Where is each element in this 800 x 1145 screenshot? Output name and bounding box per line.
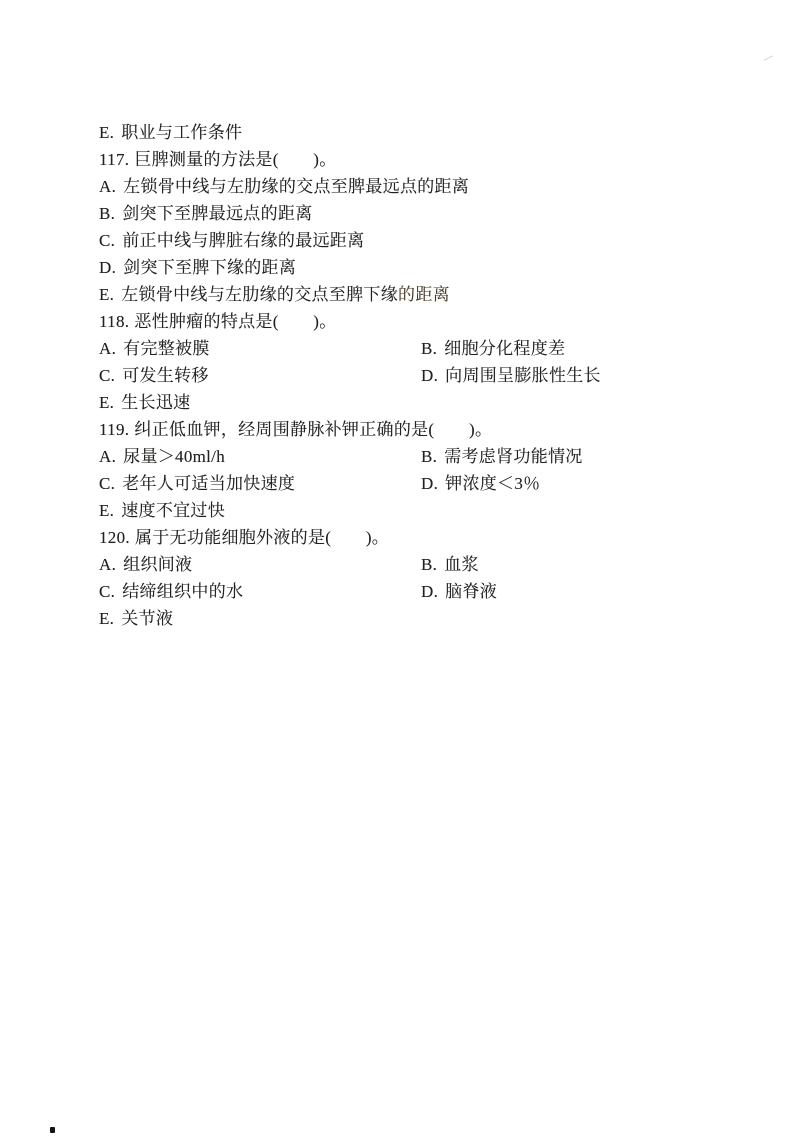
option-text-tail: 的距离: [398, 285, 450, 304]
option-text: 钾浓度＜3％: [445, 474, 540, 493]
option-cell: C.结缔组织中的水: [99, 578, 421, 605]
question-number: 119.: [99, 420, 129, 439]
option-text: 关节液: [121, 609, 173, 628]
option-text: 组织间液: [123, 555, 192, 574]
option-text: 向周围呈膨胀性生长: [445, 366, 601, 385]
question-number: 120.: [99, 528, 130, 547]
option-line: E.生长迅速: [99, 389, 759, 416]
question-stem-text: 纠正低血钾，经周围静脉补钾正确的是( )。: [134, 420, 492, 439]
option-cell: A.有完整被膜: [99, 335, 421, 362]
option-label: E.: [99, 501, 114, 520]
question-stem-text: 巨脾测量的方法是( )。: [134, 150, 336, 169]
option-cell: A.组织间液: [99, 551, 421, 578]
option-line: E.速度不宜过快: [99, 497, 759, 524]
option-text: 细胞分化程度差: [444, 339, 565, 358]
option-label: A.: [99, 447, 116, 466]
option-text: 左锁骨中线与左肋缘的交点至脾最远点的距离: [123, 177, 469, 196]
option-text: 需考虑肾功能情况: [444, 447, 582, 466]
option-label: A.: [99, 555, 116, 574]
option-text: 老年人可适当加快速度: [122, 474, 295, 493]
option-cell: C.可发生转移: [99, 362, 421, 389]
question-block: E.职业与工作条件 117.巨脾测量的方法是( )。 A.左锁骨中线与左肋缘的交…: [99, 119, 759, 632]
option-line: D.剑突下至脾下缘的距离: [99, 254, 759, 281]
option-label: E.: [99, 123, 114, 142]
option-line: E.左锁骨中线与左肋缘的交点至脾下缘的距离: [99, 281, 759, 308]
option-text: 结缔组织中的水: [122, 582, 243, 601]
question-120-stem: 120.属于无功能细胞外液的是( )。: [99, 524, 759, 551]
option-text: 剑突下至脾最远点的距离: [122, 204, 312, 223]
option-pair-line: A.尿量＞40ml/hB.需考虑肾功能情况: [99, 443, 759, 470]
option-pair-line: C.可发生转移D.向周围呈膨胀性生长: [99, 362, 759, 389]
option-cell: B.细胞分化程度差: [421, 335, 565, 362]
option-cell: D.钾浓度＜3％: [421, 470, 540, 497]
option-line: B.剑突下至脾最远点的距离: [99, 200, 759, 227]
option-line: C.前正中线与脾脏右缘的最远距离: [99, 227, 759, 254]
option-text: 剑突下至脾下缘的距离: [123, 258, 296, 277]
option-text: 可发生转移: [122, 366, 209, 385]
option-label: C.: [99, 582, 115, 601]
option-cell: B.需考虑肾功能情况: [421, 443, 583, 470]
option-label: D.: [99, 258, 116, 277]
option-label: E.: [99, 285, 114, 304]
option-cell: B.血浆: [421, 551, 479, 578]
option-text: 生长迅速: [121, 393, 190, 412]
option-pair-line: C.老年人可适当加快速度D.钾浓度＜3％: [99, 470, 759, 497]
option-line: E.关节液: [99, 605, 759, 632]
option-label: C.: [99, 474, 115, 493]
option-label: D.: [421, 366, 438, 385]
option-text: 有完整被膜: [123, 339, 210, 358]
option-label: D.: [421, 582, 438, 601]
question-stem-text: 属于无功能细胞外液的是( )。: [135, 528, 389, 547]
option-cell: C.老年人可适当加快速度: [99, 470, 421, 497]
question-stem-text: 恶性肿瘤的特点是( )。: [134, 312, 336, 331]
option-label: C.: [99, 231, 115, 250]
option-label: B.: [421, 339, 437, 358]
option-line: A.左锁骨中线与左肋缘的交点至脾最远点的距离: [99, 173, 759, 200]
scan-speck-artifact: [761, 51, 773, 61]
option-label: B.: [99, 204, 115, 223]
option-text: 前正中线与脾脏右缘的最远距离: [122, 231, 364, 250]
option-label: B.: [421, 555, 437, 574]
option-label: E.: [99, 609, 114, 628]
option-pair-line: A.组织间液B.血浆: [99, 551, 759, 578]
option-pair-line: C.结缔组织中的水D.脑脊液: [99, 578, 759, 605]
scan-dot-artifact: [50, 1127, 55, 1133]
option-label: A.: [99, 177, 116, 196]
question-number: 118.: [99, 312, 129, 331]
question-117-stem: 117.巨脾测量的方法是( )。: [99, 146, 759, 173]
option-label: A.: [99, 339, 116, 358]
option-text: 血浆: [444, 555, 479, 574]
question-number: 117.: [99, 150, 129, 169]
question-119-stem: 119.纠正低血钾，经周围静脉补钾正确的是( )。: [99, 416, 759, 443]
scanned-exam-page: E.职业与工作条件 117.巨脾测量的方法是( )。 A.左锁骨中线与左肋缘的交…: [0, 0, 800, 1145]
option-line: E.职业与工作条件: [99, 119, 759, 146]
option-text: 左锁骨中线与左肋缘的交点至脾下缘: [121, 285, 398, 304]
option-cell: D.脑脊液: [421, 578, 497, 605]
option-cell: A.尿量＞40ml/h: [99, 443, 421, 470]
option-pair-line: A.有完整被膜B.细胞分化程度差: [99, 335, 759, 362]
option-text: 脑脊液: [445, 582, 497, 601]
option-text: 职业与工作条件: [121, 123, 242, 142]
option-label: D.: [421, 474, 438, 493]
option-cell: D.向周围呈膨胀性生长: [421, 362, 601, 389]
question-118-stem: 118.恶性肿瘤的特点是( )。: [99, 308, 759, 335]
option-text: 速度不宜过快: [121, 501, 225, 520]
option-label: E.: [99, 393, 114, 412]
option-label: C.: [99, 366, 115, 385]
option-label: B.: [421, 447, 437, 466]
option-text: 尿量＞40ml/h: [123, 447, 225, 466]
